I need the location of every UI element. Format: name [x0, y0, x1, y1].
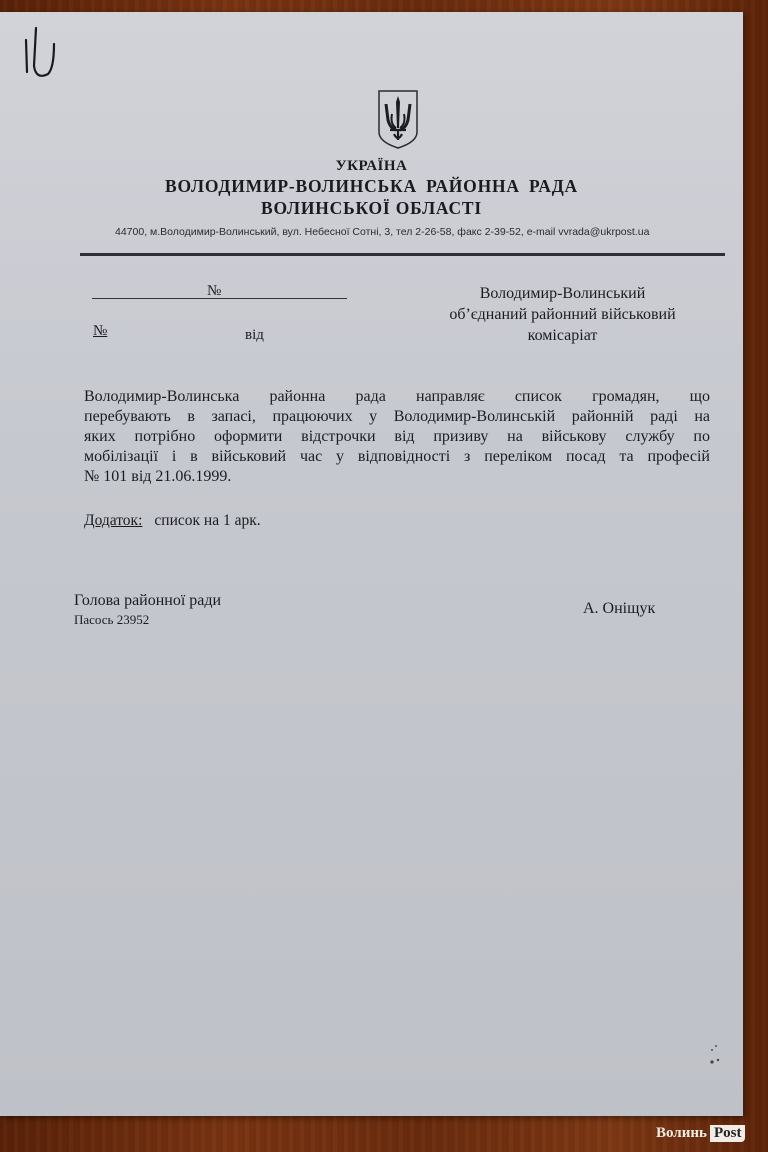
letterhead-contact-line: 44700, м.Володимир-Волинський, вул. Небе…: [115, 226, 649, 238]
incoming-number-label: №: [93, 323, 107, 340]
body-line: мобілізації і в військовий час у відпові…: [84, 447, 710, 467]
handwritten-page-number: [20, 22, 60, 82]
letter-body: Володимир-Волинська районна рада направл…: [84, 387, 710, 487]
letterhead-divider: [80, 253, 725, 256]
addressee-line-1: Володимир-Волинський: [420, 283, 705, 304]
body-line: яких потрібно оформити відстрочки від пр…: [84, 427, 710, 447]
volyn-post-watermark: Волинь Post: [656, 1125, 745, 1142]
letterhead-organization: ВОЛОДИМИР-ВОЛИНСЬКА РАЙОННА РАДА: [0, 176, 743, 197]
executor-note: Пасось 23952: [74, 612, 149, 628]
appendix-label: Додаток:: [84, 512, 142, 529]
addressee-line-3: комісаріат: [420, 325, 705, 346]
letterhead-country: УКРАЇНА: [0, 158, 743, 175]
addressee-line-2: об’єднаний районний військовий: [420, 304, 705, 325]
letterhead-region: ВОЛИНСЬКОЇ ОБЛАСТІ: [0, 198, 743, 219]
appendix-text: список на 1 арк.: [154, 512, 260, 529]
date-from-label: від: [245, 327, 264, 344]
signatory-name: А. Оніщук: [583, 600, 655, 618]
body-line: Володимир-Волинська районна рада направл…: [84, 387, 710, 407]
signatory-title: Голова районної ради: [74, 592, 221, 610]
addressee-block: Володимир-Волинський об’єднаний районний…: [420, 283, 705, 346]
outgoing-number-line: [92, 298, 347, 299]
trident-coat-of-arms-icon: [376, 88, 420, 150]
watermark-part-2: Post: [710, 1125, 746, 1142]
body-line: № 101 від 21.06.1999.: [84, 467, 710, 487]
paper-specks: [700, 1040, 730, 1070]
body-line: перебувають в запасі, працюючих у Володи…: [84, 407, 710, 427]
watermark-part-1: Волинь: [656, 1125, 707, 1142]
appendix-note: Додаток:список на 1 арк.: [84, 512, 261, 530]
